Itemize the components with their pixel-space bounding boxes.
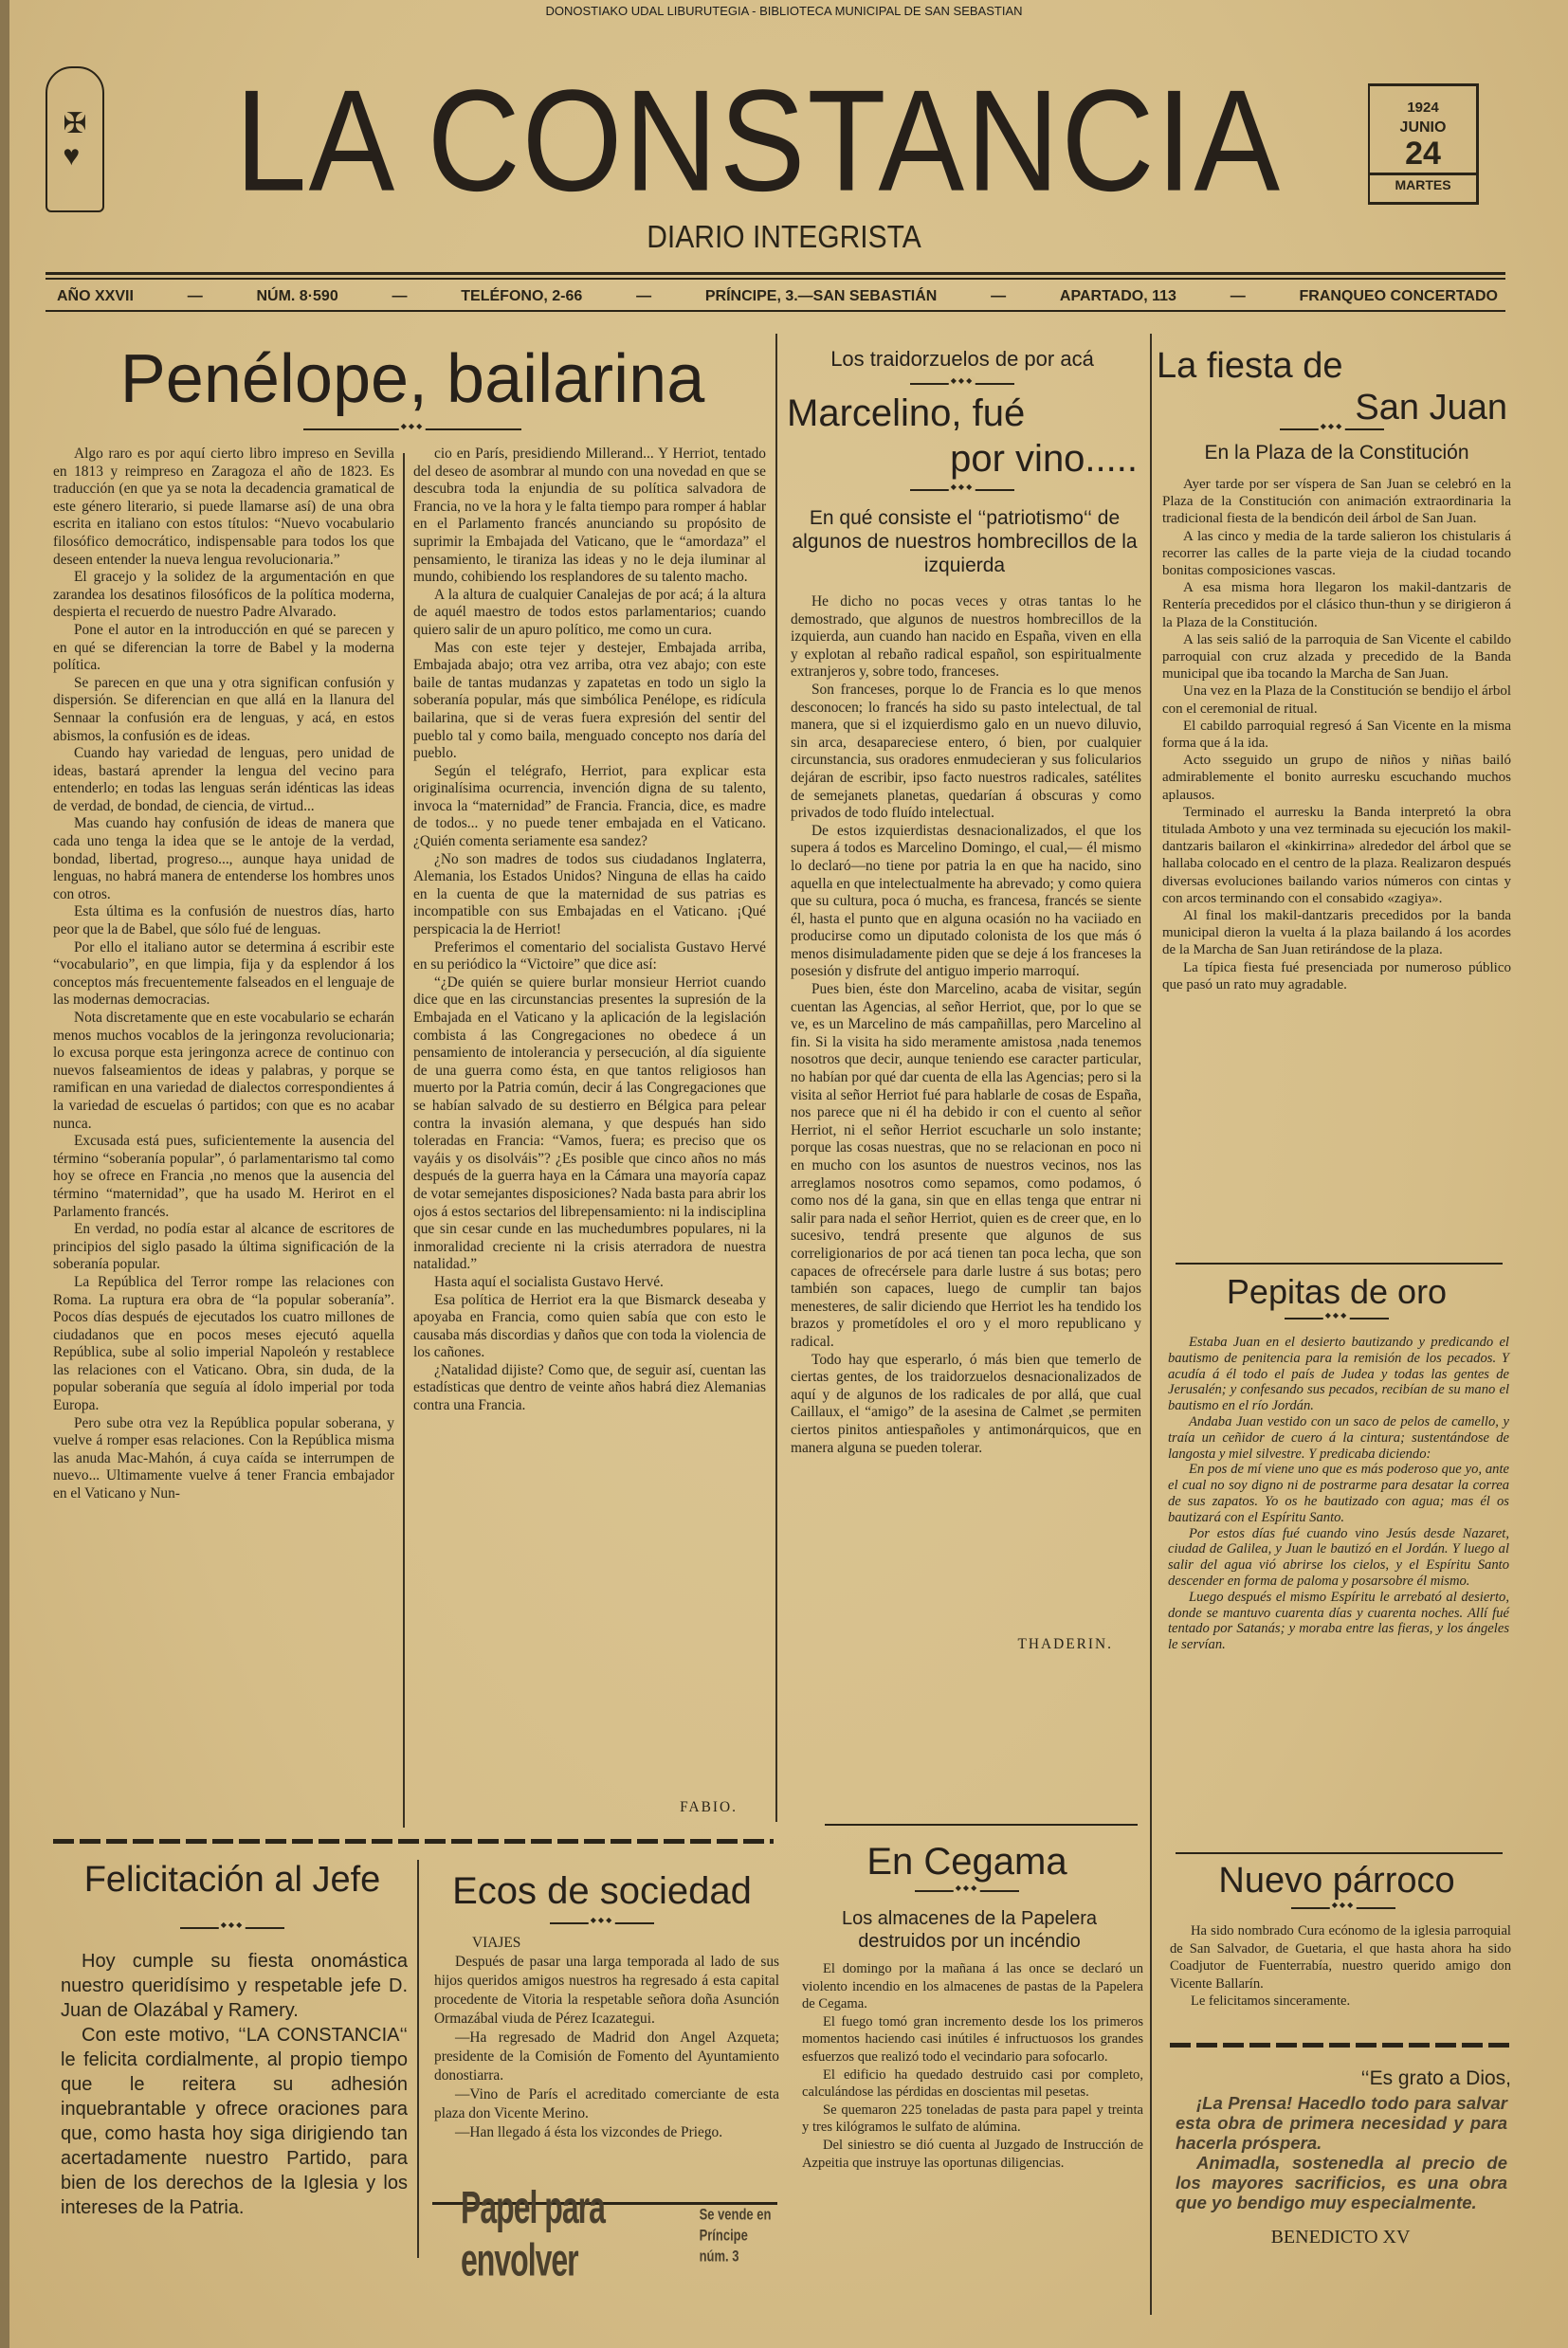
- paragraph: La típica fiesta fué presenciada por num…: [1162, 959, 1511, 993]
- paragraph: Según el telégrafo, Herriot, para explic…: [413, 763, 766, 851]
- paragraph: Al final los makil-dantzaris precedidos …: [1162, 907, 1511, 959]
- paragraph: Mas con este tejer y destejer, Embajada …: [413, 640, 766, 763]
- paragraph: Pone el autor en la introducción en qué …: [53, 622, 394, 675]
- column-divider: [775, 334, 777, 1822]
- section-divider: [1170, 2043, 1511, 2048]
- headline-ecos: Ecos de sociedad: [431, 1869, 773, 1913]
- paragraph: Con este motivo, ‘‘LA CONSTANCIA‘‘ le fe…: [61, 2023, 408, 2220]
- quote-opening-wrap: ‘‘Es grato a Dios,: [1170, 2066, 1511, 2091]
- paragraph: El domingo por la mañana á las once se d…: [802, 1960, 1143, 2013]
- date-weekday: MARTES: [1370, 173, 1476, 192]
- paragraph: Cuando hay variedad de lenguas, pero uni…: [53, 745, 394, 815]
- date-year: 1924: [1370, 100, 1476, 116]
- kicker-ornament: [910, 383, 1014, 385]
- issue-info-item: —: [392, 288, 408, 305]
- quote-signature: BENEDICTO XV: [1271, 2227, 1411, 2248]
- column-divider: [403, 453, 405, 1828]
- paragraph: Hoy cumple su fiesta onomástica nuestro …: [61, 1949, 408, 2023]
- marcelino-signature: THADERIN.: [791, 1636, 1141, 1654]
- paragraph: Del siniestro se dió cuenta al Juzgado d…: [802, 2137, 1143, 2172]
- paragraph: En verdad, no podía estar al alcance de …: [53, 1221, 394, 1274]
- paragraph: Esa política de Herriot era la que Bisma…: [413, 1292, 766, 1362]
- paragraph: Ayer tarde por ser víspera de San Juan s…: [1162, 476, 1511, 528]
- ad-details-line2: Príncipe núm. 3: [700, 2225, 748, 2265]
- paragraph: Mas cuando hay confusión de ideas de man…: [53, 815, 394, 903]
- paragraph: En pos de mí viene uno que es más podero…: [1168, 1462, 1509, 1525]
- issue-info-item: APARTADO, 113: [1060, 288, 1176, 305]
- paragraph: Ha sido nombrado Cura ecónomo de la igle…: [1170, 1922, 1511, 1993]
- kicker-marcelino: Los traidorzuelos de por acá: [787, 347, 1138, 372]
- paragraph: —Vino de París el acreditado comerciante…: [434, 2085, 779, 2123]
- paragraph: A las cinco y media de la tarde salieron…: [1162, 528, 1511, 580]
- paragraph: Andaba Juan vestido con un saco de pelos…: [1168, 1414, 1509, 1462]
- masthead-rule-top: [46, 272, 1505, 275]
- ecos-section-label: VIAJES: [434, 1934, 779, 1953]
- paragraph: Hasta aquí el socialista Gustavo Hervé.: [413, 1274, 766, 1292]
- headline-ornament: [180, 1927, 284, 1929]
- paragraph: Terminado el aurresku la Banda interpret…: [1162, 804, 1511, 907]
- paragraph: De estos izquierdistas desnacionalizados…: [791, 823, 1141, 981]
- paragraph: ¿No son madres de todos sus ciudadanos I…: [413, 851, 766, 939]
- paragraph: Se parecen en que una y otra significan …: [53, 675, 394, 745]
- headline-ornament: [910, 489, 1014, 491]
- issue-info-item: FRANQUEO CONCERTADO: [1299, 288, 1497, 305]
- sanjuan-body: Ayer tarde por ser víspera de San Juan s…: [1162, 476, 1511, 993]
- paragraph: Animadla, sostenedla al precio de los ma…: [1176, 2153, 1507, 2212]
- paragraph: El fuego tomó gran incremento desde los …: [802, 2013, 1143, 2066]
- paragraph: Pero sube otra vez la República popular …: [53, 1415, 394, 1503]
- section-divider: [1176, 1263, 1503, 1265]
- issue-info-item: AÑO XXVII: [57, 288, 134, 305]
- quote-opening: ‘‘Es grato a Dios,: [1361, 2067, 1511, 2089]
- issue-info-item: —: [991, 288, 1006, 305]
- ad-details: Se vende en Príncipe núm. 3: [700, 2203, 774, 2266]
- paragraph: Nota discretamente que en este vocabular…: [53, 1010, 394, 1133]
- paragraph: Por estos días fué cuando vino Jesús des…: [1168, 1526, 1509, 1590]
- sacred-heart-emblem-icon: ✠♥: [46, 66, 104, 212]
- paragraph: Todo hay que esperarlo, ó más bien que t…: [791, 1352, 1141, 1458]
- ecos-body: VIAJES Después de pasar una larga tempor…: [434, 1934, 779, 2142]
- paragraph: A las seis salió de la parroquia de San …: [1162, 631, 1511, 683]
- paragraph: Acto sseguido un grupo de niños y niñas …: [1162, 752, 1511, 804]
- paragraph: Excusada está pues, suficientemente la a…: [53, 1133, 394, 1221]
- date-box: 1924 JUNIO 24 MARTES: [1368, 83, 1479, 205]
- headline-parroco: Nuevo párroco: [1157, 1860, 1517, 1902]
- cegama-body: El domingo por la mañana á las once se d…: [802, 1960, 1143, 2172]
- headline-ornament: [1285, 1318, 1389, 1320]
- paragraph: Pues bien, éste don Marcelino, acaba de …: [791, 981, 1141, 1351]
- issue-info-item: PRÍNCIPE, 3.—SAN SEBASTIÁN: [705, 288, 937, 305]
- headline-felicitacion: Felicitación al Jefe: [57, 1858, 408, 1902]
- deck-cegama: Los almacenes de la Papelera destruidos …: [796, 1907, 1142, 1953]
- penelope-signature: FABIO.: [413, 1799, 766, 1817]
- paragraph: A esa misma hora llegaron los makil-dant…: [1162, 579, 1511, 631]
- paragraph: Esta última es la confusión de nuestros …: [53, 903, 394, 938]
- ad-details-line1: Se vende en: [700, 2204, 772, 2223]
- issue-info-item: NÚM. 8·590: [256, 288, 337, 305]
- headline-pepitas: Pepitas de oro: [1157, 1272, 1517, 1312]
- paragraph: El gracejo y la solidez de la argumentac…: [53, 569, 394, 622]
- paragraph: La República del Terror rompe las relaci…: [53, 1274, 394, 1415]
- library-watermark: DONOSTIAKO UDAL LIBURUTEGIA - BIBLIOTECA…: [0, 4, 1568, 18]
- paragraph: Se quemaron 225 toneladas de pasta para …: [802, 2102, 1143, 2137]
- newspaper-title: LA CONSTANCIA: [209, 66, 1308, 215]
- paragraph: “¿De quién se quiere burlar monsieur Her…: [413, 974, 766, 1274]
- headline-marcelino-line2: por vino.....: [787, 436, 1138, 482]
- deck-sanjuan: En la Plaza de la Constitución: [1157, 442, 1517, 464]
- headline-ornament: [303, 428, 521, 430]
- paragraph: Son franceses, porque lo de Francia es l…: [791, 682, 1141, 823]
- headline-ornament: [915, 1890, 1019, 1892]
- masthead-rule-bottom: [46, 278, 1505, 280]
- issue-info-item: —: [188, 288, 203, 305]
- paragraph: Preferimos el comentario del socialista …: [413, 939, 766, 974]
- marcelino-body: He dicho no pocas veces y otras tantas l…: [791, 593, 1141, 1457]
- paragraph: Algo raro es por aquí cierto libro impre…: [53, 446, 394, 569]
- paragraph: Por ello el italiano autor se determina …: [53, 939, 394, 1010]
- headline-ornament: [1280, 428, 1384, 430]
- penelope-column-1: Algo raro es por aquí cierto libro impre…: [53, 446, 394, 1503]
- paragraph: El cabildo parroquial regresó á San Vice…: [1162, 718, 1511, 752]
- paragraph: Una vez en la Plaza de la Constitución s…: [1162, 683, 1511, 717]
- headline-ornament: [1291, 1907, 1395, 1909]
- paragraph: ¡La Prensa! Hacedlo todo para salvar est…: [1176, 2093, 1507, 2153]
- paragraph: cio en París, presidiendo Millerand... Y…: [413, 446, 766, 587]
- headline-marcelino-line1: Marcelino, fué: [787, 391, 1138, 436]
- advertisement: Papel para envolver Se vende en Príncipe…: [461, 2211, 774, 2258]
- paragraph: Le felicitamos sinceramente.: [1170, 1993, 1511, 2011]
- paragraph: —Han llegado á ésta los vizcondes de Pri…: [434, 2123, 779, 2142]
- headline-sanjuan-line1: La fiesta de: [1157, 345, 1517, 387]
- paragraph: ¿Natalidad dijiste? Como que, de seguir …: [413, 1362, 766, 1415]
- date-month: JUNIO: [1370, 119, 1476, 137]
- newspaper-subtitle: DIARIO INTEGRISTA: [0, 220, 1568, 255]
- penelope-signature-wrap: FABIO.: [413, 1799, 766, 1817]
- column-divider: [1150, 334, 1152, 2315]
- issue-info-item: TELÉFONO, 2-66: [461, 288, 582, 305]
- column-divider: [417, 1860, 419, 2258]
- quote-signature-wrap: BENEDICTO XV: [1170, 2226, 1511, 2248]
- paragraph: Después de pasar una larga temporada al …: [434, 1953, 779, 2029]
- ad-headline: Papel para envolver: [461, 2182, 679, 2287]
- headline-cegama: En Cegama: [792, 1839, 1142, 1884]
- paragraph: A la altura de cualquier Canalejas de po…: [413, 587, 766, 640]
- parroco-body: Ha sido nombrado Cura ecónomo de la igle…: [1170, 1922, 1511, 2011]
- pepitas-body: Estaba Juan en el desierto bautizando y …: [1168, 1335, 1509, 1653]
- headline-penelope: Penélope, bailarina: [57, 341, 768, 417]
- date-day: 24: [1370, 137, 1476, 171]
- issue-info-bar: AÑO XXVII—NÚM. 8·590—TELÉFONO, 2-66—PRÍN…: [57, 288, 1498, 305]
- paragraph: El edificio ha quedado destruido casi po…: [802, 2066, 1143, 2102]
- page-edge: [0, 0, 9, 2348]
- headline-ornament: [550, 1922, 654, 1924]
- section-divider: [1176, 1852, 1503, 1854]
- penelope-column-2: cio en París, presidiendo Millerand... Y…: [413, 446, 766, 1415]
- issue-info-item: —: [1231, 288, 1246, 305]
- marcelino-signature-wrap: THADERIN.: [791, 1636, 1141, 1654]
- section-divider: [53, 1839, 774, 1844]
- section-divider: [825, 1824, 1138, 1826]
- issue-info-item: —: [636, 288, 651, 305]
- paragraph: Luego después el mismo Espíritu le arreb…: [1168, 1590, 1509, 1653]
- paragraph: He dicho no pocas veces y otras tantas l…: [791, 593, 1141, 682]
- quote-body: ¡La Prensa! Hacedlo todo para salvar est…: [1176, 2093, 1507, 2212]
- deck-marcelino: En qué consiste el ‘‘patriotismo‘‘ de al…: [787, 506, 1142, 577]
- paragraph: —Ha regresado de Madrid don Angel Azquet…: [434, 2029, 779, 2085]
- paragraph: Estaba Juan en el desierto bautizando y …: [1168, 1335, 1509, 1414]
- felicitacion-body: Hoy cumple su fiesta onomástica nuestro …: [61, 1949, 408, 2220]
- info-bar-rule: [46, 310, 1505, 312]
